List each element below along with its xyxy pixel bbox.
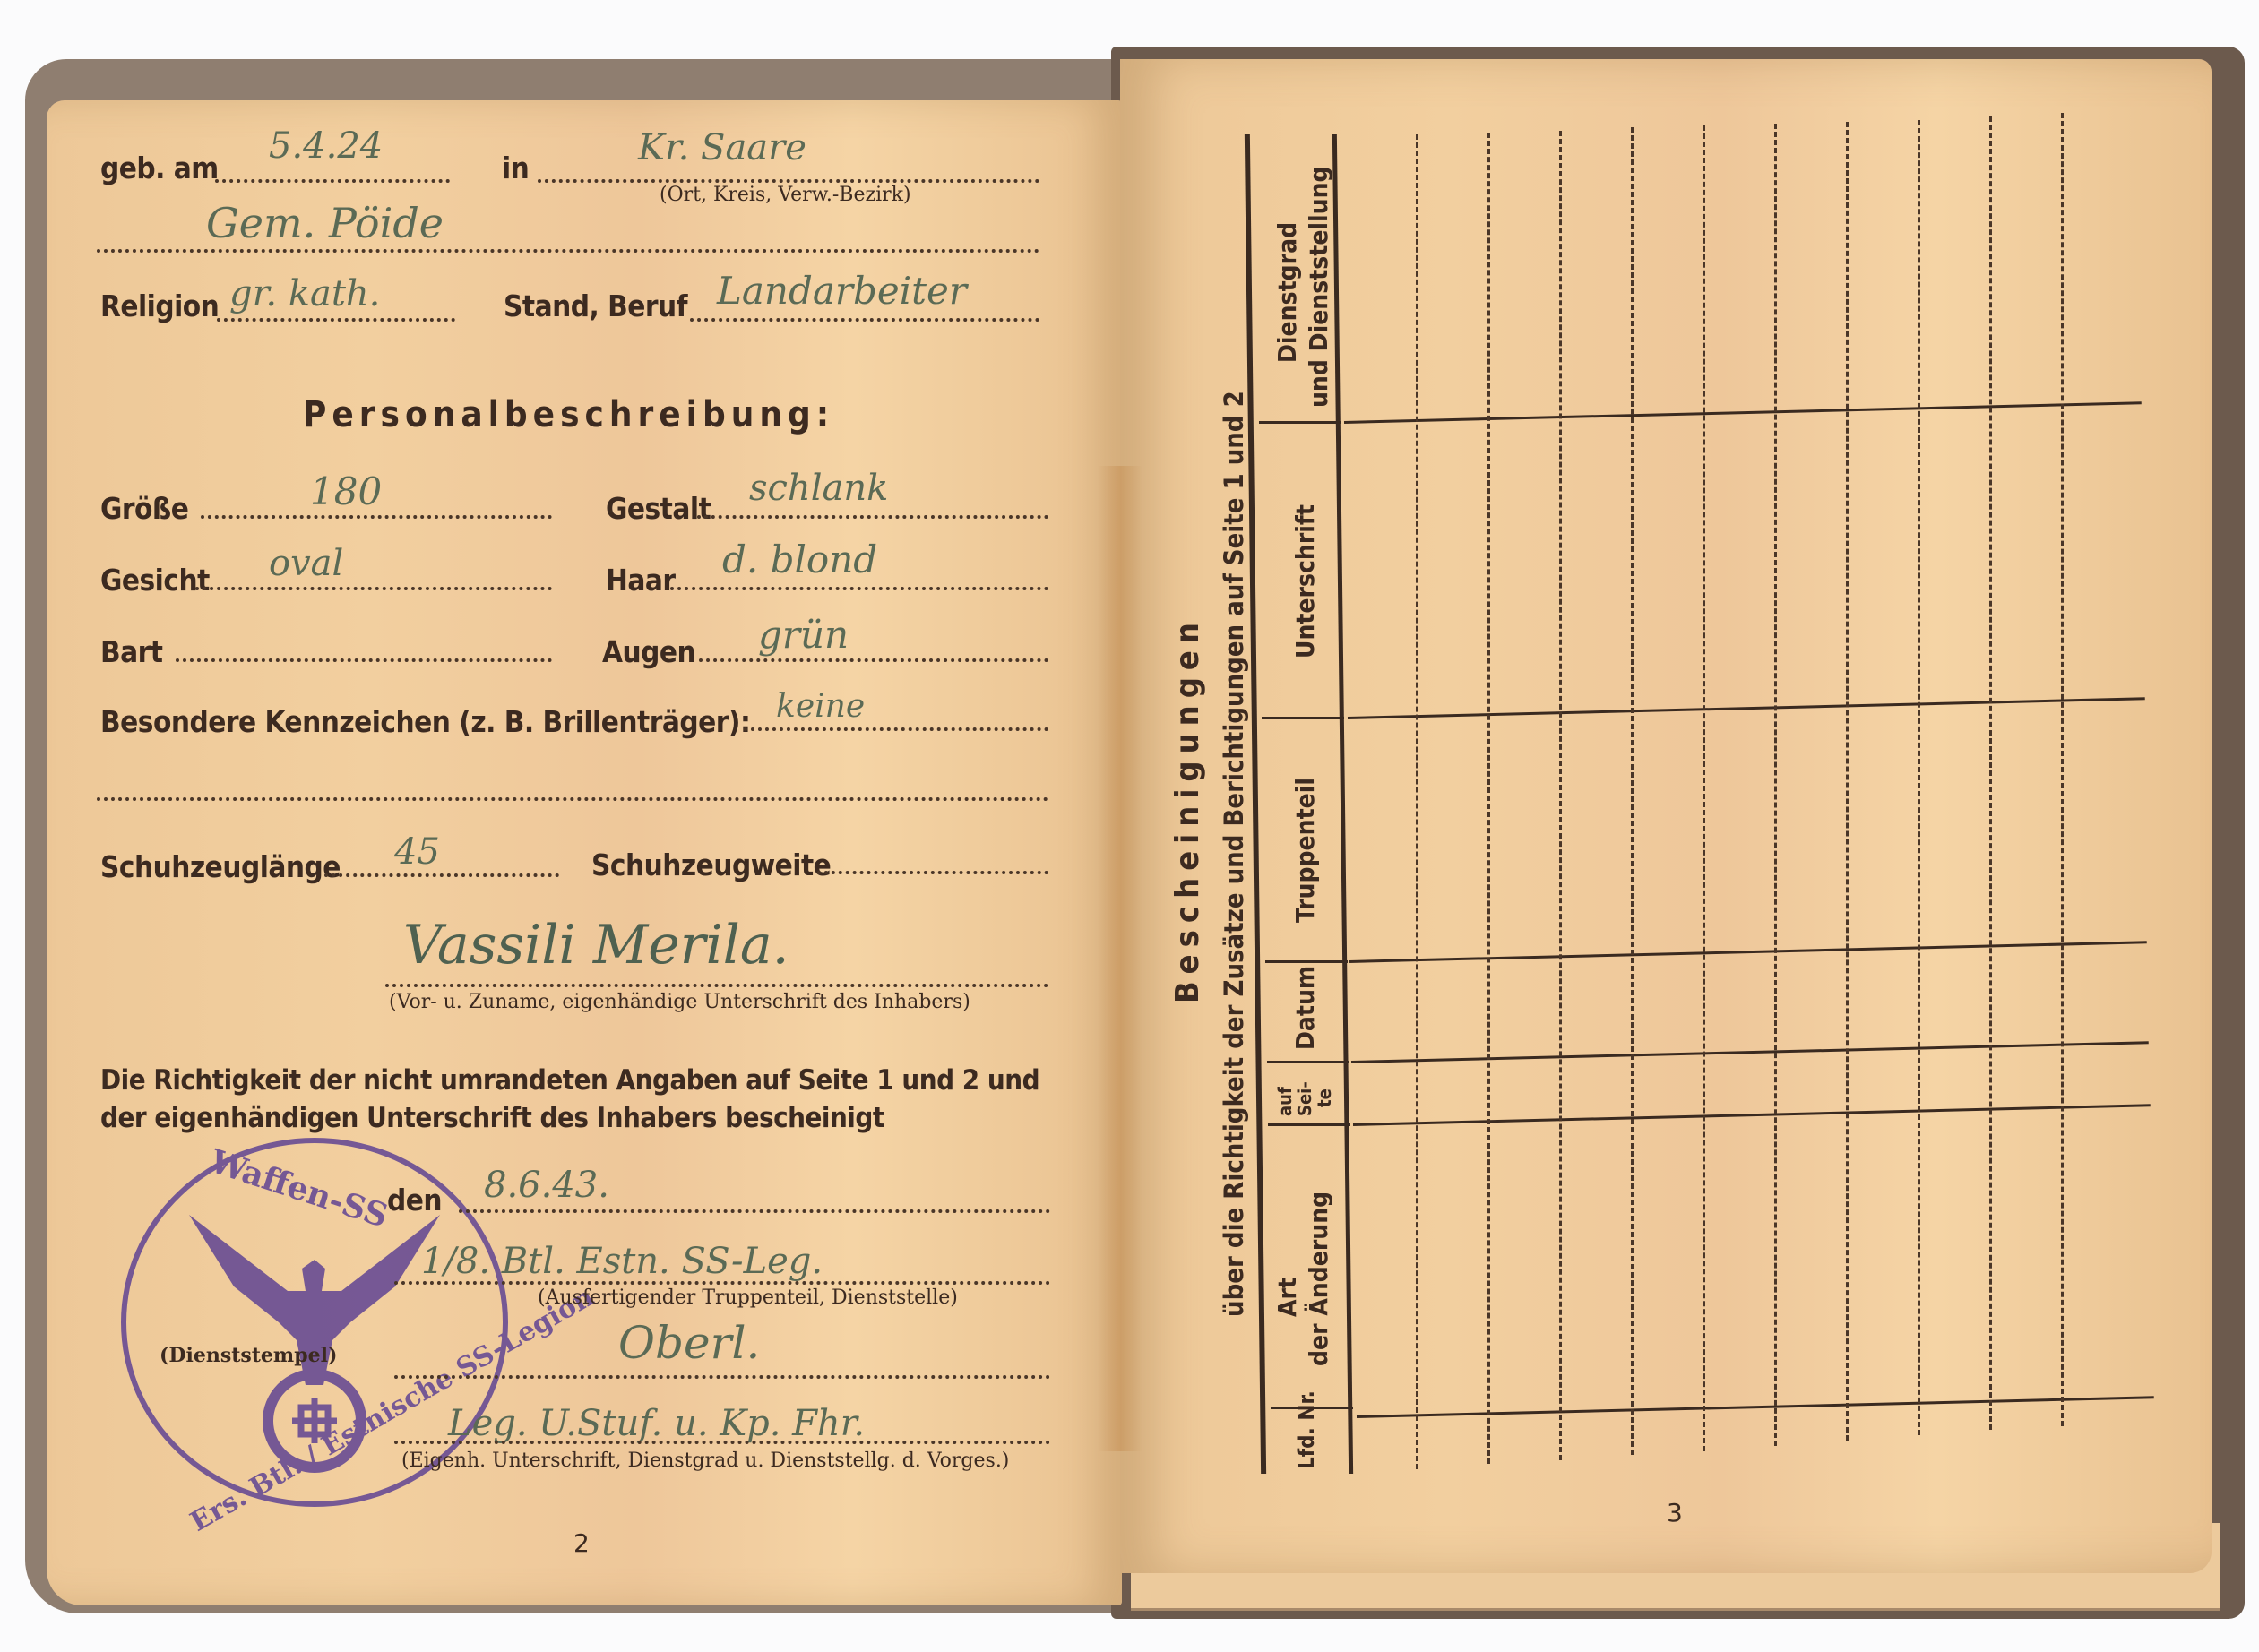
row-dashed-line [1416, 134, 1418, 1469]
place-dotted-line [538, 179, 1039, 183]
holder-signature-dotted-line [385, 984, 1048, 987]
height-value[interactable]: 180 [310, 469, 382, 513]
page-number-right: 3 [1667, 1498, 1683, 1527]
shoe-width-label: Schuhzeugweite [591, 848, 831, 882]
place-label: in [502, 151, 529, 185]
date-dotted-line [459, 1209, 1050, 1213]
marks-line2-dotted-line [97, 797, 1048, 801]
born-value[interactable]: 5.4.24 [269, 125, 383, 167]
build-value[interactable]: schlank [749, 468, 888, 509]
date-value[interactable]: 8.6.43. [484, 1165, 609, 1206]
born-dotted-line [215, 179, 450, 183]
holder-signature[interactable]: Vassili Merila. [403, 914, 789, 977]
eyes-value[interactable]: grün [758, 613, 849, 657]
row-dashed-line [2061, 113, 2064, 1426]
right-page-title: Bescheinigungen [1169, 615, 1206, 1003]
build-dotted-line [697, 515, 1048, 519]
column-header-dienstgrad-line1: Dienstgrad [1272, 222, 1302, 363]
row-dashed-line [1631, 127, 1634, 1455]
row-dashed-line [1559, 131, 1562, 1460]
officer-hint: (Eigenh. Unterschrift, Dienstgrad u. Die… [401, 1450, 1009, 1472]
hair-dotted-line [670, 587, 1048, 590]
stamp-hint: (Dienststempel) [160, 1344, 337, 1367]
column-header-datum: Datum [1290, 966, 1320, 1050]
officer-signature[interactable]: Oberl. [618, 1317, 760, 1369]
religion-label: Religion [100, 288, 219, 323]
occupation-dotted-line [690, 318, 1039, 322]
column-header-art-line1: Art [1272, 1278, 1302, 1317]
column-header-lfd-nr: Lfd. Nr. [1294, 1390, 1319, 1469]
gutter-stain [1098, 466, 1142, 1451]
column-header-aufseite-line3: te [1314, 1088, 1335, 1107]
face-value[interactable]: oval [269, 543, 343, 584]
eyes-label: Augen [602, 634, 695, 669]
shoe-length-label: Schuhzeuglänge [100, 849, 341, 884]
religion-dotted-line [217, 318, 455, 322]
marks-value[interactable]: keine [776, 688, 865, 725]
face-label: Gesicht [100, 563, 210, 598]
column-header-dienstgrad-line2: und Dienststellung [1304, 166, 1333, 408]
shoe-length-value[interactable]: 45 [394, 831, 440, 873]
row-dashed-line [1989, 116, 1992, 1430]
unit-value[interactable]: 1/8. Btl. Estn. SS-Leg. [421, 1241, 823, 1282]
date-label: den [387, 1183, 442, 1217]
hair-value[interactable]: d. blond [722, 538, 877, 581]
height-dotted-line [201, 515, 552, 519]
row-dashed-line [1918, 120, 1920, 1435]
page-number-left: 2 [573, 1528, 590, 1558]
place-line2-dotted-line [97, 249, 1039, 253]
row-dashed-line [1703, 125, 1705, 1451]
hair-label: Haar [606, 563, 676, 598]
header-divider [1268, 1123, 1350, 1126]
religion-value[interactable]: gr. kath. [229, 273, 380, 314]
face-dotted-line [195, 587, 552, 590]
occupation-label: Stand, Beruf [504, 288, 687, 323]
eagle-emblem-icon [171, 1206, 458, 1475]
row-dashed-line [1846, 122, 1849, 1441]
shoe-width-dotted-line [817, 871, 1048, 874]
place-value[interactable]: Kr. Saare [638, 127, 806, 168]
build-label: Gestalt [606, 491, 711, 526]
officer-signature-dotted-line [394, 1375, 1050, 1379]
place-value-line2[interactable]: Gem. Pöide [206, 199, 444, 247]
column-header-truppenteil: Truppenteil [1290, 778, 1320, 923]
column-header-unterschrift: Unterschrift [1290, 504, 1320, 658]
height-label: Größe [100, 491, 188, 526]
certification-text-line2: der eigenhändigen Unterschrift des Inhab… [100, 1102, 884, 1134]
column-header-aufseite-line2: Sei- [1294, 1081, 1315, 1116]
header-divider [1265, 960, 1348, 963]
marks-label: Besondere Kennzeichen (z. B. Brillenträg… [100, 704, 750, 739]
born-label: geb. am [100, 151, 219, 185]
certification-text-line1: Die Richtigkeit der nicht umrandeten Ang… [100, 1064, 1039, 1097]
column-header-art-line2: der Änderung [1304, 1192, 1333, 1366]
unit-hint: (Ausfertigender Truppenteil, Dienststell… [538, 1286, 958, 1309]
row-dashed-line [1487, 133, 1490, 1464]
header-divider [1259, 421, 1341, 424]
right-page-subtitle: über die Richtigkeit der Zusätze und Ber… [1219, 391, 1249, 1317]
column-header-aufseite-line1: auf [1274, 1087, 1296, 1116]
eyes-dotted-line [699, 658, 1048, 662]
officer-rank-dotted-line [394, 1441, 1050, 1444]
header-divider [1267, 1061, 1349, 1063]
place-hint: (Ort, Kreis, Verw.-Bezirk) [660, 184, 911, 206]
unit-dotted-line [394, 1281, 1050, 1285]
officer-rank[interactable]: Leg. U.Stuf. u. Kp. Fhr. [448, 1403, 865, 1444]
holder-signature-hint: (Vor- u. Zuname, eigenhändige Unterschri… [389, 991, 970, 1013]
shoe-length-dotted-line [324, 873, 559, 877]
occupation-value[interactable]: Landarbeiter [717, 269, 967, 313]
marks-dotted-line [744, 727, 1048, 731]
beard-dotted-line [176, 658, 552, 662]
beard-label: Bart [100, 634, 163, 669]
header-divider [1262, 717, 1344, 719]
description-heading: Personalbeschreibung: [303, 394, 834, 435]
row-dashed-line [1774, 124, 1777, 1446]
